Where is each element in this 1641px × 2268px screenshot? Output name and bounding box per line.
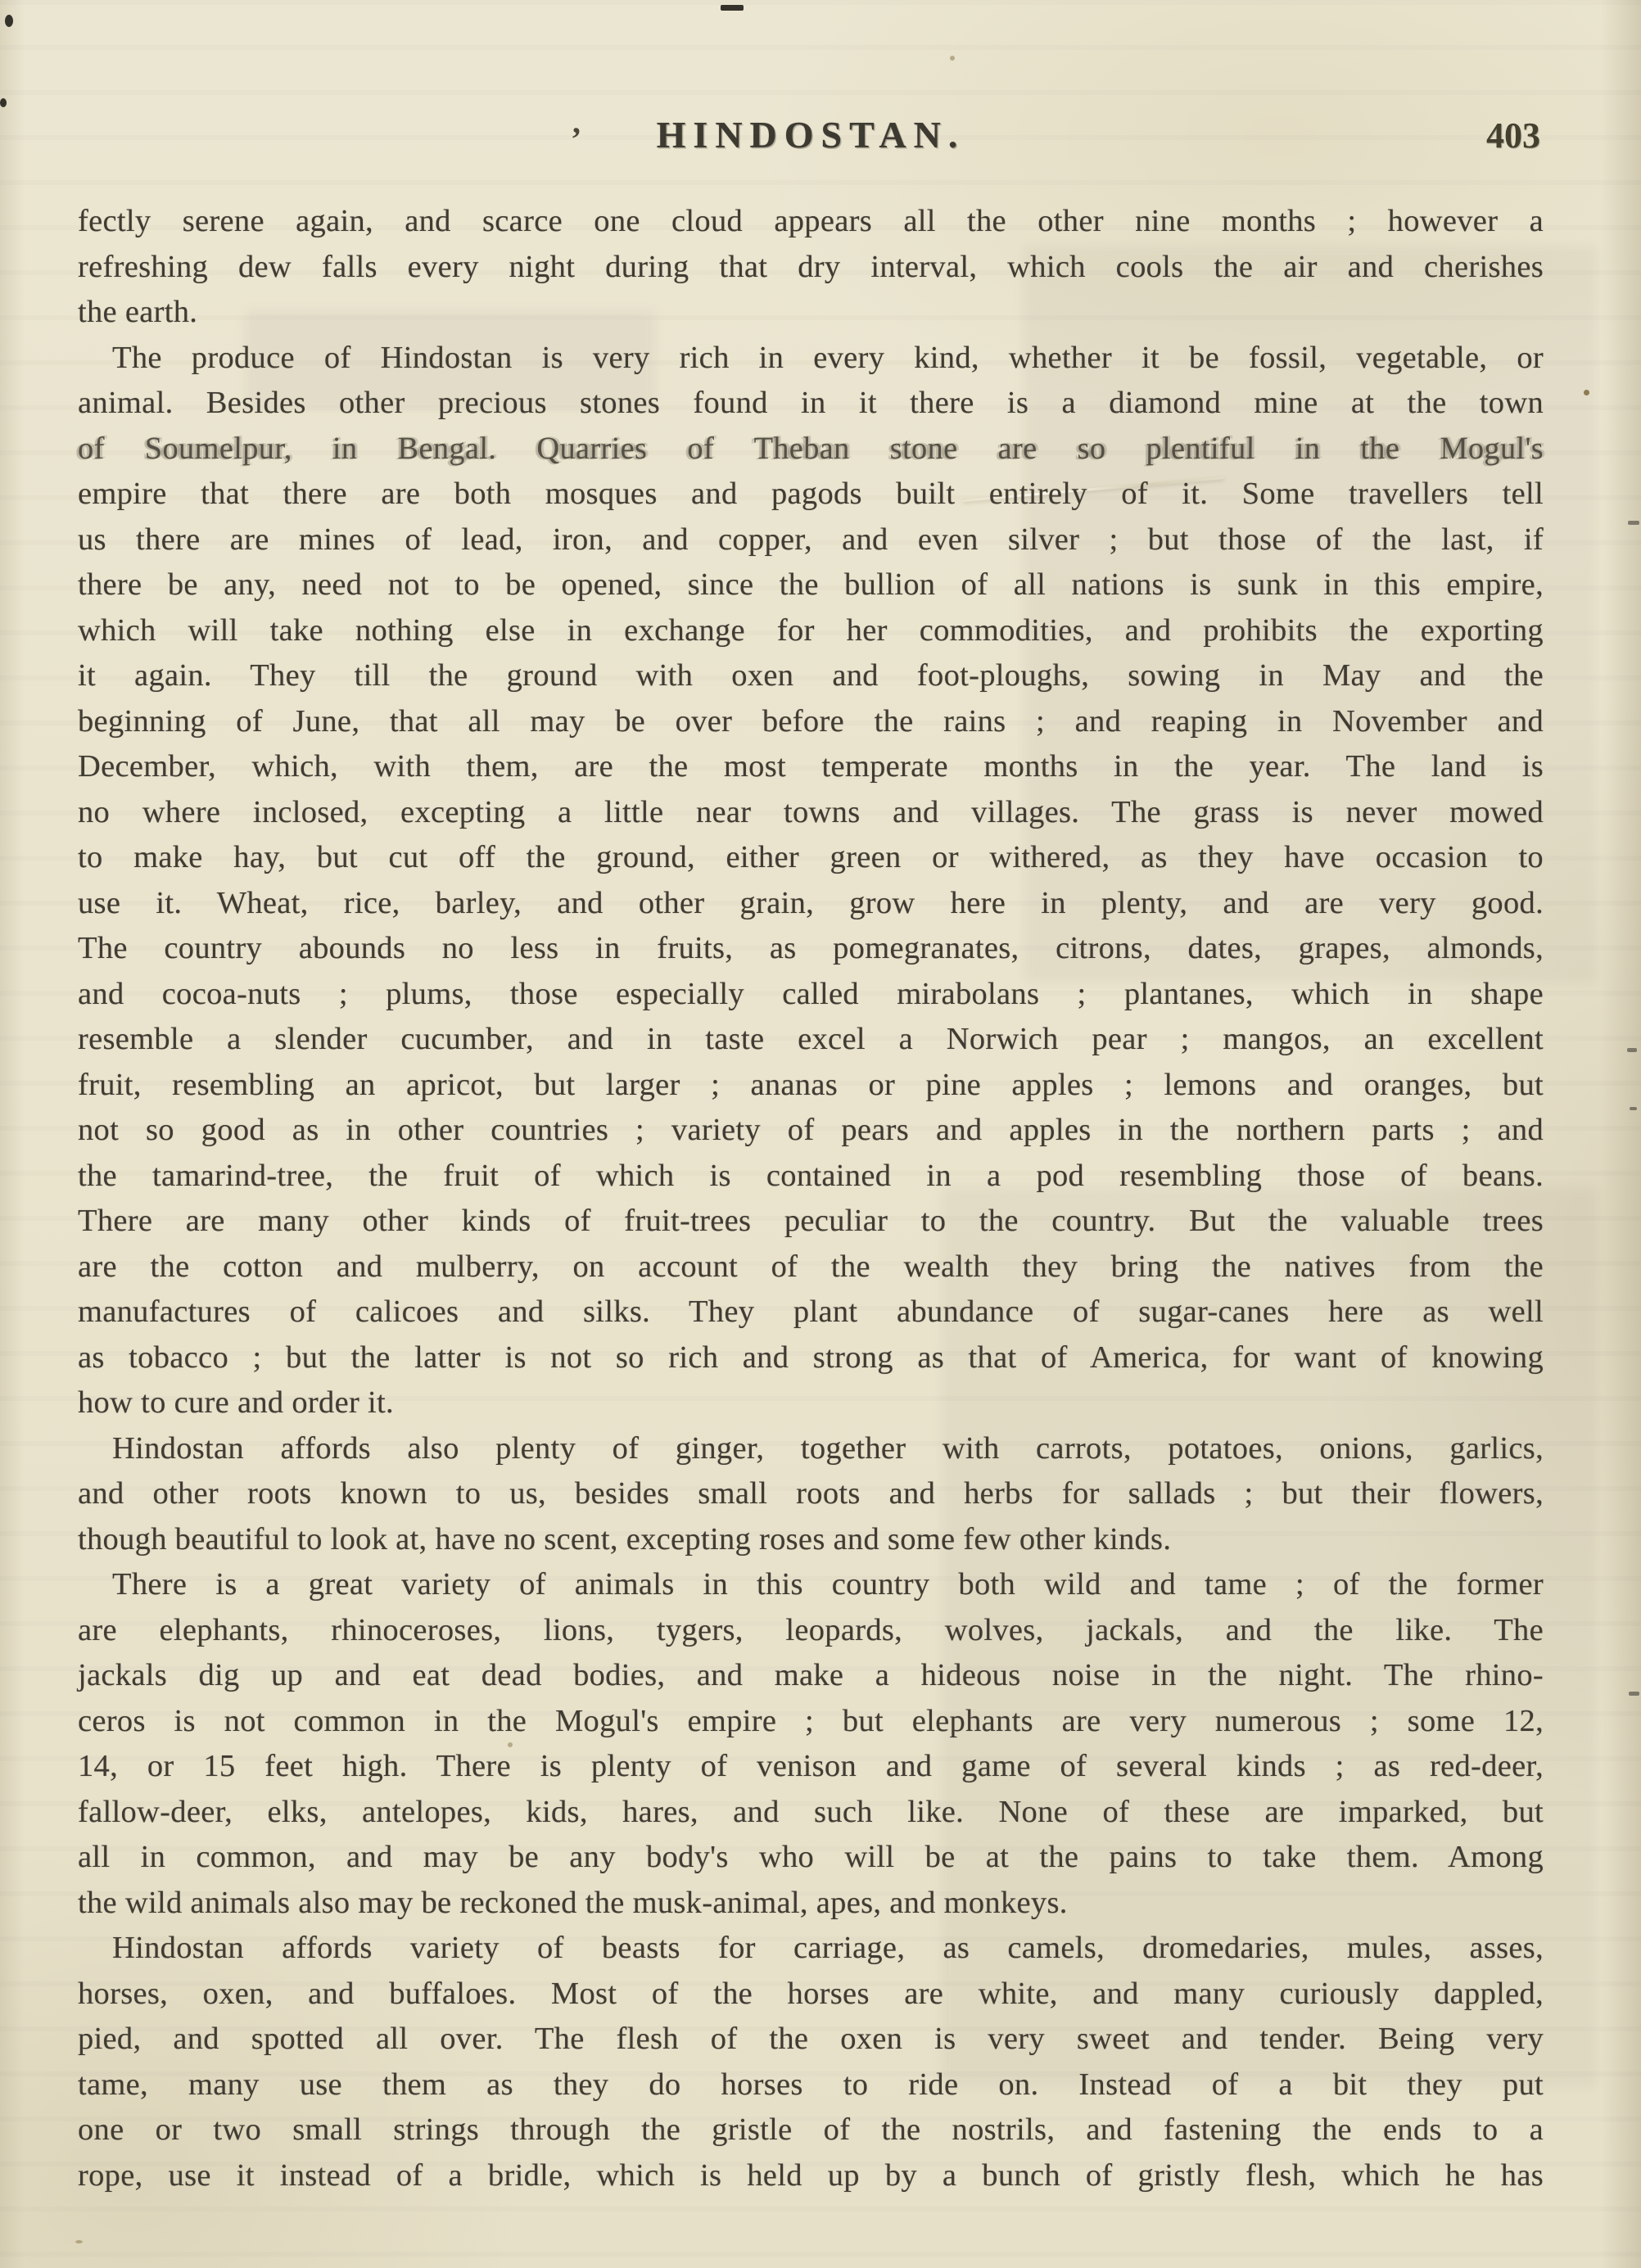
text-line: and cocoa-nuts ; plums, those especially… [78, 972, 1544, 1018]
text-line: one or two small strings through the gri… [78, 2108, 1544, 2153]
ink-speck [5, 15, 13, 27]
text-line: Hindostan affords also plenty of ginger,… [78, 1426, 1544, 1472]
text-line: fruit, resembling an apricot, but larger… [78, 1063, 1544, 1109]
text-line: as tobacco ; but the latter is not so ri… [78, 1335, 1544, 1381]
text-line: refreshing dew falls every night during … [78, 245, 1544, 291]
text-line: manufactures of calicoes and silks. They… [78, 1290, 1544, 1335]
ink-speck [1630, 1107, 1637, 1110]
text-line: resemble a slender cucumber, and in tast… [78, 1017, 1544, 1063]
page-text: fectly serene again, and scarce one clou… [78, 199, 1544, 2198]
text-line: are the cotton and mulberry, on account … [78, 1245, 1544, 1290]
ink-speck [721, 5, 744, 11]
text-line: pied, and spotted all over. The flesh of… [78, 2017, 1544, 2062]
text-line: though beautiful to look at, have no sce… [78, 1517, 1544, 1563]
text-line: no where inclosed, excepting a little ne… [78, 790, 1544, 836]
text-line: beginning of June, that all may be over … [78, 699, 1544, 745]
ink-speck [508, 1742, 513, 1747]
text-line: use it. Wheat, rice, barley, and other g… [78, 881, 1544, 927]
page-number: 403 [1486, 115, 1540, 156]
text-line: horses, oxen, and buffaloes. Most of the… [78, 1972, 1544, 2017]
text-line: There is a great variety of animals in t… [78, 1562, 1544, 1608]
text-line: fallow-deer, elks, antelopes, kids, hare… [78, 1790, 1544, 1836]
ink-speck [1627, 1048, 1637, 1052]
text-line: not so good as in other countries ; vari… [78, 1108, 1544, 1154]
page-title: HINDOSTAN. [78, 113, 1544, 156]
text-line: which will take nothing else in exchange… [78, 608, 1544, 654]
text-line: 14, or 15 feet high. There is plenty of … [78, 1744, 1544, 1790]
text-line: to make hay, but cut off the ground, eit… [78, 835, 1544, 881]
ink-speck [75, 2240, 83, 2243]
text-line: Hindostan affords variety of beasts for … [78, 1926, 1544, 1972]
text-line: how to cure and order it. [78, 1380, 1544, 1426]
book-page: ’ HINDOSTAN. 403 fectly serene again, an… [0, 0, 1641, 2268]
text-line: of Soumelpur, in Bengal. Quarries of The… [78, 427, 1544, 472]
text-line: There are many other kinds of fruit-tree… [78, 1199, 1544, 1245]
text-line: December, which, with them, are the most… [78, 744, 1544, 790]
text-line: and other roots known to us, besides sma… [78, 1471, 1544, 1517]
ink-speck [950, 56, 955, 61]
text-line: ceros is not common in the Mogul's empir… [78, 1699, 1544, 1745]
text-line: fectly serene again, and scarce one clou… [78, 199, 1544, 245]
text-line: there be any, need not to be opened, sin… [78, 562, 1544, 608]
text-line: rope, use it instead of a bridle, which … [78, 2153, 1544, 2199]
ink-speck [1584, 390, 1589, 395]
ink-speck [1628, 521, 1639, 525]
ink-speck [0, 98, 7, 107]
text-line: The country abounds no less in fruits, a… [78, 926, 1544, 972]
text-line: jackals dig up and eat dead bodies, and … [78, 1653, 1544, 1699]
text-line: the wild animals also may be reckoned th… [78, 1881, 1544, 1927]
text-line: all in common, and may be any body's who… [78, 1835, 1544, 1881]
text-line: The produce of Hindostan is very rich in… [78, 336, 1544, 382]
text-line: are elephants, rhinoceroses, lions, tyge… [78, 1608, 1544, 1654]
running-head: ’ HINDOSTAN. 403 [78, 113, 1544, 162]
text-line: it again. They till the ground with oxen… [78, 653, 1544, 699]
text-line: tame, many use them as they do horses to… [78, 2062, 1544, 2108]
text-line: the earth. [78, 290, 1544, 336]
text-line: the tamarind-tree, the fruit of which is… [78, 1154, 1544, 1200]
text-line: empire that there are both mosques and p… [78, 472, 1544, 517]
ink-speck [1629, 1692, 1639, 1696]
text-line: animal. Besides other precious stones fo… [78, 381, 1544, 427]
text-line: us there are mines of lead, iron, and co… [78, 517, 1544, 563]
